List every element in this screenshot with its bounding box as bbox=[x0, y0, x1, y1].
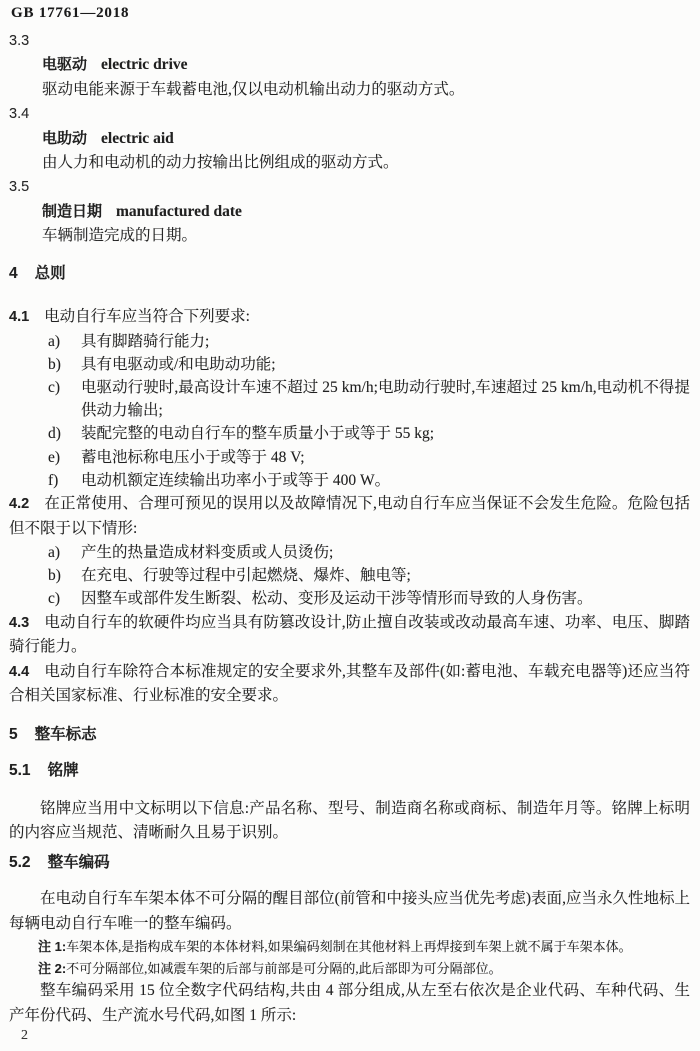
term-number: 3.4 bbox=[9, 102, 690, 126]
list-item: e)蓄电池标称电压小于或等于 48 V; bbox=[9, 446, 690, 469]
page-number: 2 bbox=[21, 1028, 28, 1044]
list-item: c)因整车或部件发生断裂、松动、变形及运动干涉等情形而导致的人身伤害。 bbox=[9, 587, 690, 610]
clause-5-heading: 5整车标志 bbox=[9, 723, 690, 748]
term-name: 制造日期manufactured date bbox=[9, 200, 690, 224]
list-marker: b) bbox=[48, 353, 81, 376]
clause-5-2-paragraph-1: 在电动自行车车架本体不可分隔的醒目部位(前管和中接头应当优先考虑)表面,应当永久… bbox=[9, 887, 690, 936]
list-marker: c) bbox=[48, 376, 81, 422]
list-item-text: 在充电、行驶等过程中引起燃烧、爆炸、触电等; bbox=[81, 564, 690, 587]
list-marker: a) bbox=[48, 541, 81, 564]
clause-4-1-paragraph: 4.1电动自行车应当符合下列要求: bbox=[9, 305, 690, 330]
subclause-number: 4.2 bbox=[9, 496, 29, 512]
list-item-text: 因整车或部件发生断裂、松动、变形及运动干涉等情形而导致的人身伤害。 bbox=[81, 587, 690, 610]
term-number: 3.5 bbox=[9, 175, 690, 199]
page-content: 3.3 电驱动electric drive 驱动电能来源于车载蓄电池,仅以电动机… bbox=[9, 29, 690, 1028]
clause-number: 4 bbox=[9, 265, 18, 282]
term-name-zh: 电助动 bbox=[42, 130, 87, 147]
clause-4-3-paragraph: 4.3电动自行车的软硬件均应当具有防篡改设计,防止擅自改装或改动最高车速、功率、… bbox=[9, 611, 690, 660]
clause-title: 整车编码 bbox=[48, 854, 110, 871]
list-item-text: 装配完整的电动自行车的整车质量小于或等于 55 kg; bbox=[81, 422, 690, 445]
note-2: 注 2:不可分隔部位,如减震车架的后部与前部是可分隔的,此后部即为可分隔部位。 bbox=[9, 958, 690, 980]
doc-code: GB 17761—2018 bbox=[11, 5, 129, 22]
list-item-text: 电驱动行驶时,最高设计车速不超过 25 km/h;电助动行驶时,车速超过 25 … bbox=[81, 376, 690, 422]
clause-5-1-paragraph: 铭牌应当用中文标明以下信息:产品名称、型号、制造商名称或商标、制造年月等。铭牌上… bbox=[9, 797, 690, 846]
term-block: 3.3 电驱动electric drive 驱动电能来源于车载蓄电池,仅以电动机… bbox=[9, 29, 690, 102]
term-name-zh: 电驱动 bbox=[42, 56, 87, 73]
clause-4-4-paragraph: 4.4电动自行车除符合本标准规定的安全要求外,其整车及部件(如:蓄电池、车载充电… bbox=[9, 660, 690, 709]
clause-4-1-list: a)具有脚踏骑行能力; b)具有电驱动或/和电助动功能; c)电驱动行驶时,最高… bbox=[9, 330, 690, 492]
list-item: a)产生的热量造成材料变质或人员烫伤; bbox=[9, 541, 690, 564]
note-label: 注 1: bbox=[38, 939, 66, 954]
list-item: c)电驱动行驶时,最高设计车速不超过 25 km/h;电助动行驶时,车速超过 2… bbox=[9, 376, 690, 422]
clause-title: 铭牌 bbox=[48, 762, 79, 779]
list-item-text: 蓄电池标称电压小于或等于 48 V; bbox=[81, 446, 690, 469]
list-item-text: 产生的热量造成材料变质或人员烫伤; bbox=[81, 541, 690, 564]
term-definition: 由人力和电动机的动力按输出比例组成的驱动方式。 bbox=[9, 151, 690, 175]
clause-4-2-paragraph: 4.2在正常使用、合理可预见的误用以及故障情况下,电动自行车应当保证不会发生危险… bbox=[9, 492, 690, 541]
list-marker: b) bbox=[48, 564, 81, 587]
term-number: 3.3 bbox=[9, 29, 690, 53]
term-name: 电助动electric aid bbox=[9, 127, 690, 151]
term-definition: 车辆制造完成的日期。 bbox=[9, 224, 690, 248]
document-page: GB 17761—2018 3.3 电驱动electric drive 驱动电能… bbox=[0, 0, 700, 1051]
term-definition: 驱动电能来源于车载蓄电池,仅以电动机输出动力的驱动方式。 bbox=[9, 78, 690, 102]
list-marker: f) bbox=[48, 469, 81, 492]
term-name-en: electric aid bbox=[101, 130, 174, 147]
paragraph-text: 电动自行车应当符合下列要求: bbox=[44, 308, 250, 325]
list-marker: a) bbox=[48, 330, 81, 353]
note-1: 注 1:车架本体,是指构成车架的本体材料,如果编码刻制在其他材料上再焊接到车架上… bbox=[9, 936, 690, 958]
clause-5-2-heading: 5.2整车编码 bbox=[9, 851, 690, 876]
paragraph-text: 在正常使用、合理可预见的误用以及故障情况下,电动自行车应当保证不会发生危险。危险… bbox=[9, 495, 690, 537]
note-label: 注 2: bbox=[38, 961, 66, 976]
subclause-number: 4.3 bbox=[9, 615, 29, 631]
term-name-en: manufactured date bbox=[116, 203, 242, 220]
list-item-text: 具有脚踏骑行能力; bbox=[81, 330, 690, 353]
list-item-text: 电动机额定连续输出功率小于或等于 400 W。 bbox=[81, 469, 690, 492]
clause-5-1-heading: 5.1铭牌 bbox=[9, 759, 690, 784]
clause-title: 整车标志 bbox=[35, 726, 97, 743]
clause-5-2-paragraph-2: 整车编码采用 15 位全数字代码结构,共由 4 部分组成,从左至右依次是企业代码… bbox=[9, 979, 690, 1028]
note-text: 车架本体,是指构成车架的本体材料,如果编码刻制在其他材料上再焊接到车架上就不属于… bbox=[66, 939, 632, 954]
clause-title: 总则 bbox=[35, 265, 66, 282]
list-item: a)具有脚踏骑行能力; bbox=[9, 330, 690, 353]
list-item: b)具有电驱动或/和电助动功能; bbox=[9, 353, 690, 376]
term-name-zh: 制造日期 bbox=[42, 203, 102, 220]
term-block: 3.4 电助动electric aid 由人力和电动机的动力按输出比例组成的驱动… bbox=[9, 102, 690, 175]
list-marker: d) bbox=[48, 422, 81, 445]
list-marker: c) bbox=[48, 587, 81, 610]
term-name-en: electric drive bbox=[101, 56, 187, 73]
paragraph-text: 电动自行车除符合本标准规定的安全要求外,其整车及部件(如:蓄电池、车载充电器等)… bbox=[9, 663, 690, 705]
subclause-number: 4.4 bbox=[9, 664, 29, 680]
term-name: 电驱动electric drive bbox=[9, 53, 690, 77]
clause-4-2-list: a)产生的热量造成材料变质或人员烫伤; b)在充电、行驶等过程中引起燃烧、爆炸、… bbox=[9, 541, 690, 611]
clause-number: 5.2 bbox=[9, 854, 31, 871]
clause-number: 5 bbox=[9, 726, 18, 743]
clause-number: 5.1 bbox=[9, 762, 31, 779]
note-text: 不可分隔部位,如减震车架的后部与前部是可分隔的,此后部即为可分隔部位。 bbox=[66, 961, 502, 976]
paragraph-text: 电动自行车的软硬件均应当具有防篡改设计,防止擅自改装或改动最高车速、功率、电压、… bbox=[9, 614, 690, 656]
list-marker: e) bbox=[48, 446, 81, 469]
clause-4-heading: 4总则 bbox=[9, 262, 690, 287]
list-item: b)在充电、行驶等过程中引起燃烧、爆炸、触电等; bbox=[9, 564, 690, 587]
list-item: f)电动机额定连续输出功率小于或等于 400 W。 bbox=[9, 469, 690, 492]
subclause-number: 4.1 bbox=[9, 309, 29, 325]
term-block: 3.5 制造日期manufactured date 车辆制造完成的日期。 bbox=[9, 175, 690, 248]
list-item: d)装配完整的电动自行车的整车质量小于或等于 55 kg; bbox=[9, 422, 690, 445]
list-item-text: 具有电驱动或/和电助动功能; bbox=[81, 353, 690, 376]
